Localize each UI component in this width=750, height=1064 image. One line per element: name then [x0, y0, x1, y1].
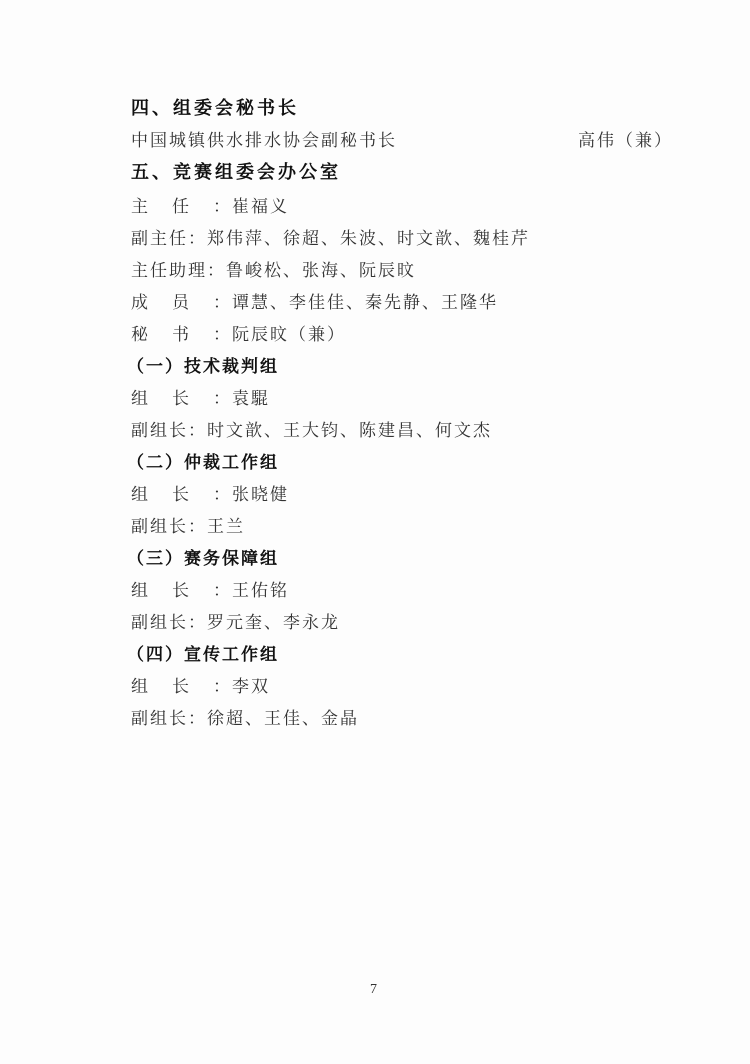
group-1-heading: （一）技术裁判组 [127, 356, 279, 378]
group-3-leader: 组长：王佑铭 [131, 580, 289, 602]
group-2-leader: 组长：张晓健 [131, 484, 289, 506]
names: 徐超、王佳、金晶 [207, 709, 359, 729]
group-4-deputy: 副组长：徐超、王佳、金晶 [131, 708, 359, 730]
page-number: 7 [370, 982, 377, 998]
role-label: 主任 [131, 196, 213, 218]
names: 鲁峻松、张海、阮辰旼 [226, 261, 416, 281]
section-4-heading: 四、组委会秘书长 [131, 98, 299, 120]
names: 崔福义 [232, 197, 289, 217]
office-deputy-director: 副主任：郑伟萍、徐超、朱波、时文歆、魏桂芹 [131, 228, 530, 250]
role-label: 主任助理 [131, 260, 207, 282]
names: 王佑铭 [232, 581, 289, 601]
group-1-leader: 组长：袁騉 [131, 388, 270, 410]
office-director-assistant: 主任助理：鲁峻松、张海、阮辰旼 [131, 260, 416, 282]
office-director: 主任：崔福义 [131, 196, 289, 218]
names: 郑伟萍、徐超、朱波、时文歆、魏桂芹 [207, 229, 530, 249]
names: 阮辰旼（兼） [232, 325, 346, 345]
names: 张晓健 [232, 485, 289, 505]
names: 时文歆、王大钧、陈建昌、何文杰 [207, 421, 492, 441]
role-label: 秘书 [131, 324, 213, 346]
secretary-general-title: 中国城镇供水排水协会副秘书长 [131, 131, 397, 151]
group-4-leader: 组长：李双 [131, 676, 270, 698]
section-5-heading: 五、竞赛组委会办公室 [131, 162, 341, 184]
secretary-general-line: 中国城镇供水排水协会副秘书长 高伟（兼） [131, 130, 691, 152]
document-page: 四、组委会秘书长 中国城镇供水排水协会副秘书长 高伟（兼） 五、竞赛组委会办公室… [0, 0, 750, 1064]
role-label: 组长 [131, 388, 213, 410]
group-3-deputy: 副组长：罗元奎、李永龙 [131, 612, 340, 634]
role-label: 副组长 [131, 708, 188, 730]
secretary-general-name: 高伟（兼） [578, 130, 673, 152]
role-label: 组长 [131, 580, 213, 602]
group-2-deputy: 副组长：王兰 [131, 516, 245, 538]
group-4-heading: （四）宣传工作组 [127, 644, 279, 666]
role-label: 副主任 [131, 228, 188, 250]
names: 谭慧、李佳佳、秦先静、王隆华 [232, 293, 498, 313]
role-label: 组长 [131, 676, 213, 698]
role-label: 副组长 [131, 516, 188, 538]
role-label: 成员 [131, 292, 213, 314]
names: 袁騉 [232, 389, 270, 409]
role-label: 组长 [131, 484, 213, 506]
office-members: 成员：谭慧、李佳佳、秦先静、王隆华 [131, 292, 498, 314]
group-2-heading: （二）仲裁工作组 [127, 452, 279, 474]
office-secretary: 秘书：阮辰旼（兼） [131, 324, 346, 346]
role-label: 副组长 [131, 612, 188, 634]
group-3-heading: （三）赛务保障组 [127, 548, 279, 570]
names: 李双 [232, 677, 270, 697]
names: 王兰 [207, 517, 245, 537]
role-label: 副组长 [131, 420, 188, 442]
group-1-deputy: 副组长：时文歆、王大钧、陈建昌、何文杰 [131, 420, 492, 442]
names: 罗元奎、李永龙 [207, 613, 340, 633]
